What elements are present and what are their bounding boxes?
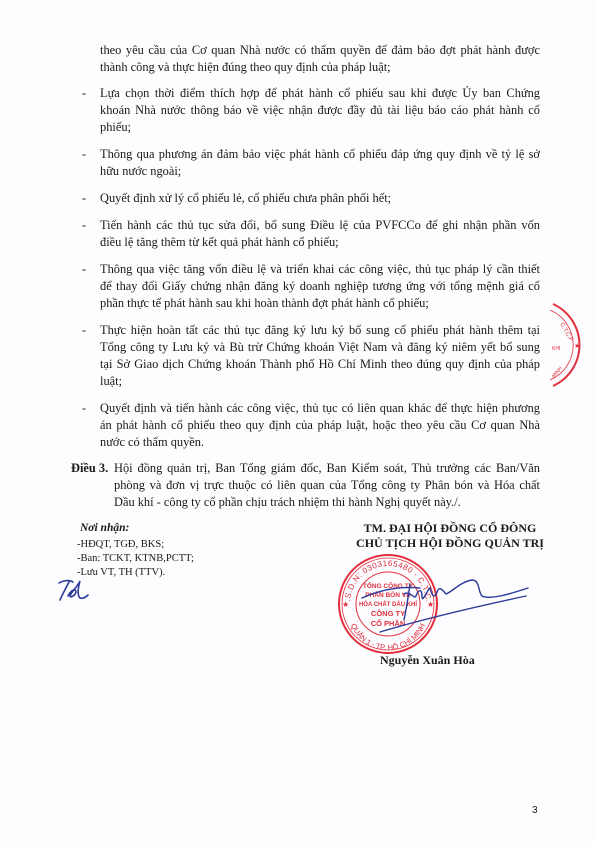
recipient-item: -Lưu VT, TH (TTV). bbox=[77, 566, 165, 580]
article-3-label: Điều 3. bbox=[71, 460, 108, 476]
bullet-marker: - bbox=[82, 217, 86, 233]
bullet-7-line-3: nước có thẩm quyền. bbox=[100, 434, 204, 450]
recipient-item: -HĐQT, TGĐ, BKS; bbox=[77, 538, 164, 552]
bullet-5-line-1: Thông qua việc tăng vốn điều lệ và triển… bbox=[100, 261, 540, 277]
signature-icon bbox=[360, 570, 530, 640]
recipient-item: -Ban: TCKT, KTNB,PCTT; bbox=[77, 552, 194, 566]
handwritten-initials-icon bbox=[56, 578, 90, 604]
bullet-5-line-3: phần thực tế phát hành sau khi hoàn thàn… bbox=[100, 295, 429, 311]
bullet-6-line-4: luật; bbox=[100, 373, 122, 389]
bullet-7-line-2: án phát hành cổ phiếu theo quy định của … bbox=[100, 417, 540, 433]
bullet-1-line-3: phiếu; bbox=[100, 119, 131, 135]
intro-line-1: theo yêu cầu của Cơ quan Nhà nước có thẩ… bbox=[100, 42, 540, 58]
signature-title-line-2: CHỦ TỊCH HỘI ĐỒNG QUẢN TRỊ bbox=[330, 535, 570, 551]
bullet-marker: - bbox=[82, 146, 86, 162]
bullet-5-line-2: để thay đổi Giấy chứng nhận đăng ký doan… bbox=[100, 278, 540, 294]
article-3-line-2: phòng và đơn vị trực thuộc có liên quan … bbox=[114, 477, 540, 493]
bullet-marker: - bbox=[82, 190, 86, 206]
edge-seal-inner-text: KHÍ bbox=[552, 345, 561, 352]
intro-line-2: thành công và thực hiện đúng theo quy đị… bbox=[100, 59, 391, 75]
bullet-6-line-1: Thực hiện hoàn tất các thủ tục đăng ký l… bbox=[100, 322, 540, 338]
bullet-2-line-2: hữu nước ngoài; bbox=[100, 163, 181, 179]
bullet-1-line-1: Lựa chọn thời điểm thích hợp để phát hàn… bbox=[100, 85, 540, 101]
page-number: 3 bbox=[532, 805, 538, 816]
bullet-4-line-1: Tiến hành các thủ tục sửa đổi, bổ sung Đ… bbox=[100, 217, 540, 233]
document-page: theo yêu cầu của Cơ quan Nhà nước có thẩ… bbox=[0, 0, 595, 846]
bullet-marker: - bbox=[82, 85, 86, 101]
bullet-6-line-2: Tổng công ty Lưu ký và Bù trừ Chứng khoá… bbox=[100, 339, 540, 355]
article-3-line-3: Dầu khí - công ty cổ phần chịu trách nhi… bbox=[114, 494, 461, 510]
bullet-1-line-2: khoán Nhà nước thông báo về việc nhận đư… bbox=[100, 102, 540, 118]
bullet-marker: - bbox=[82, 400, 86, 416]
bullet-3-line-1: Quyết định xử lý cổ phiếu lẻ, cổ phiếu c… bbox=[100, 190, 391, 206]
svg-text:★: ★ bbox=[342, 600, 349, 609]
article-3-line-1: Hội đồng quản trị, Ban Tổng giám đốc, Ba… bbox=[114, 460, 540, 476]
svg-text:★: ★ bbox=[574, 342, 580, 350]
signer-name: Nguyễn Xuân Hòa bbox=[380, 653, 475, 668]
bullet-6-line-3: tại Sở Giao dịch Chứng khoán Thành phố H… bbox=[100, 356, 540, 372]
bullet-marker: - bbox=[82, 322, 86, 338]
edge-seal-icon: C.T.C.P KHÍ ★ MINH bbox=[548, 300, 595, 390]
bullet-marker: - bbox=[82, 261, 86, 277]
bullet-4-line-2: điều lệ tăng thêm từ kết quả phát hành c… bbox=[100, 234, 339, 250]
bullet-2-line-1: Thông qua phương án đảm bảo việc phát hà… bbox=[100, 146, 540, 162]
bullet-7-line-1: Quyết định và tiến hành các công việc, t… bbox=[100, 400, 540, 416]
recipients-title: Nơi nhận: bbox=[80, 522, 129, 534]
signature-title-line-1: TM. ĐẠI HỘI ĐỒNG CỔ ĐÔNG bbox=[330, 520, 570, 536]
